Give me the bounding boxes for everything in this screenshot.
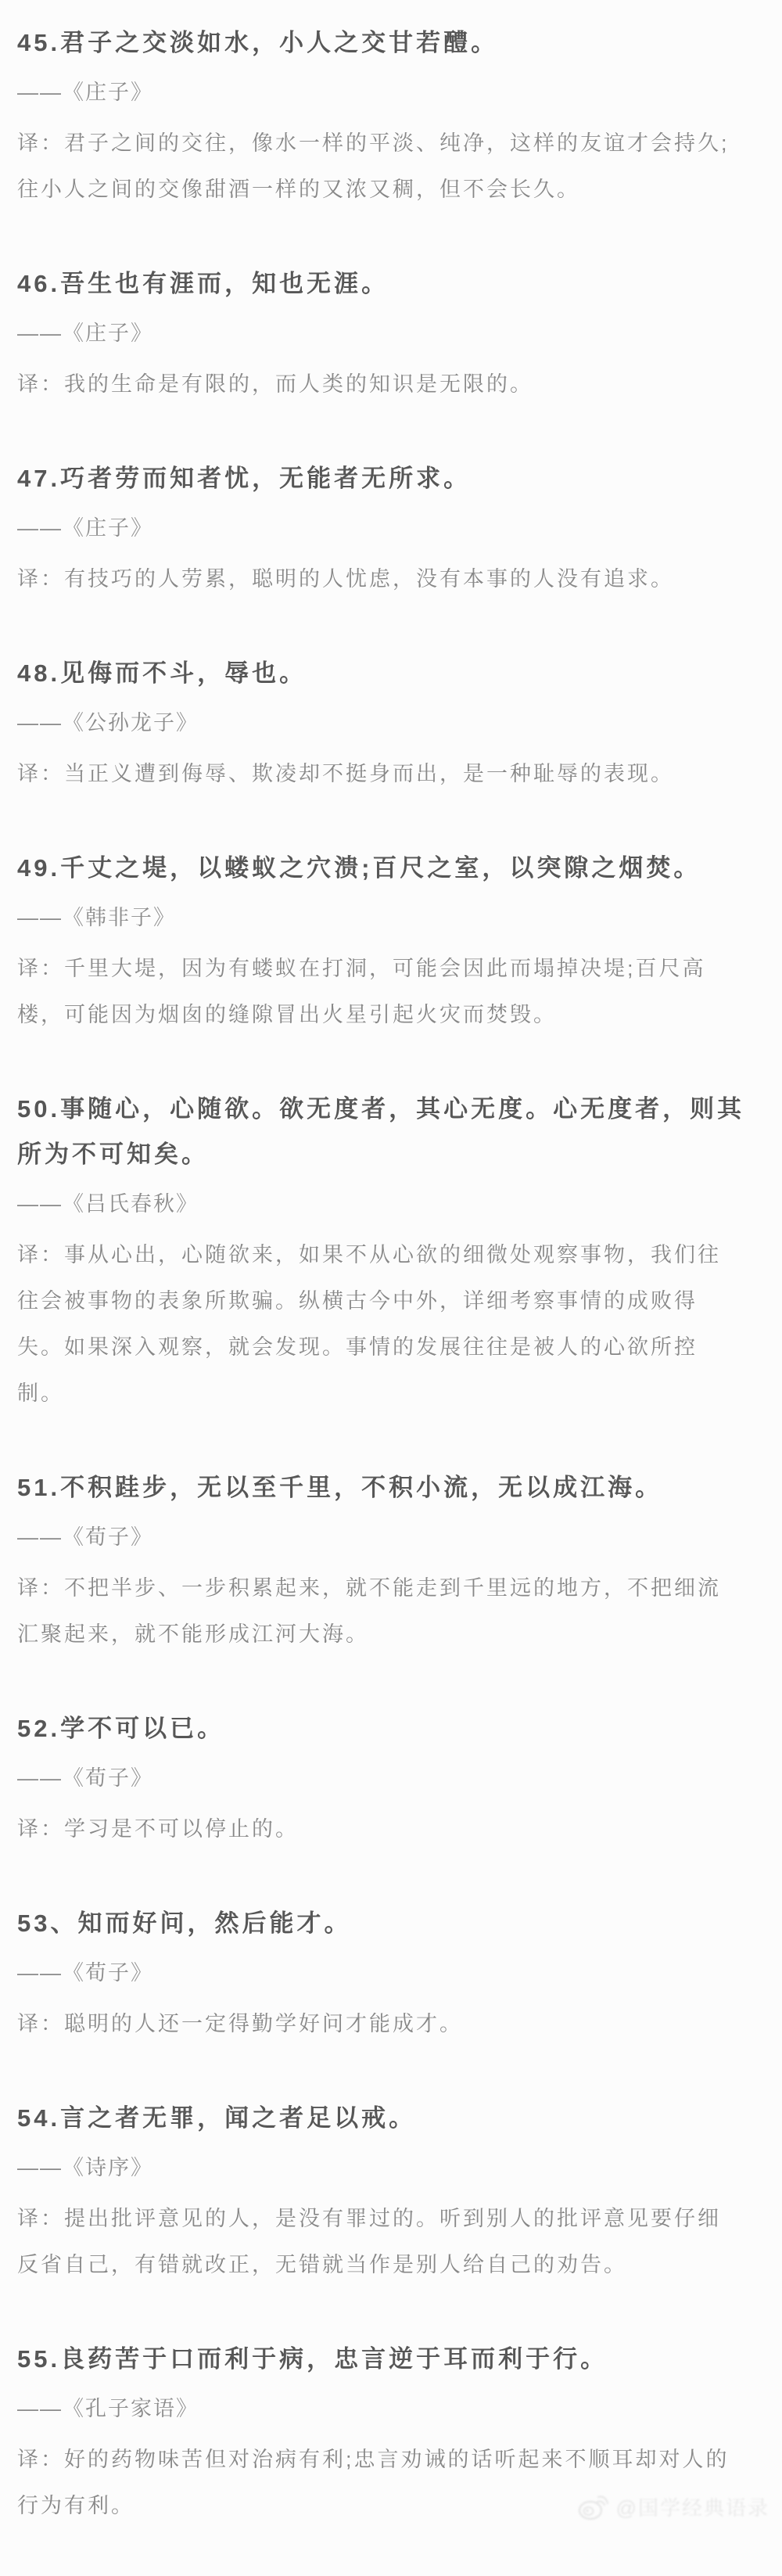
quote-translation: 译：我的生命是有限的，而人类的知识是无限的。 [17,361,755,408]
quote-title-line: 47.巧者劳而知者忧，无能者无所求。 [17,456,755,501]
quote-source: ——《荀子》 [17,1957,755,1989]
quote-title-line: 45.君子之交淡如水，小人之交甘若醴。 [17,20,755,66]
quote-translation-line: 失。如果深入观察，就会发现。事情的发展往往是被人的心欲所控 [17,1324,755,1371]
quote-source: ——《庄子》 [17,318,755,349]
quote-section: 46.吾生也有涯而，知也无涯。——《庄子》译：我的生命是有限的，而人类的知识是无… [17,261,755,408]
quote-translation-line: 译：君子之间的交往，像水一样的平淡、纯净，这样的友谊才会持久; [17,120,755,167]
quote-translation: 译：学习是不可以停止的。 [17,1806,755,1852]
quote-title-line: 52.学不可以已。 [17,1706,755,1751]
quote-title-line: 46.吾生也有涯而，知也无涯。 [17,261,755,307]
quote-source: ——《庄子》 [17,512,755,544]
watermark: @国学经典语录 [577,2492,769,2521]
quote-translation-line: 译：提出批评意见的人，是没有罪过的。听到别人的批评意见要仔细 [17,2196,755,2242]
quote-section: 51.不积跬步，无以至千里，不积小流，无以成江海。——《荀子》译：不把半步、一步… [17,1465,755,1658]
quote-translation: 译：当正义遭到侮辱、欺凌却不挺身而出，是一种耻辱的表现。 [17,751,755,797]
quote-translation-line: 反省自己，有错就改正，无错就当作是别人给自己的劝告。 [17,2242,755,2288]
quote-source: ——《庄子》 [17,77,755,108]
quote-title: 50.事随心，心随欲。欲无度者，其心无度。心无度者，则其所为不可知矣。 [17,1087,755,1177]
quote-translation-line: 译：聪明的人还一定得勤学好问才能成才。 [17,2001,755,2047]
quote-translation-line: 往会被事物的表象所欺骗。纵横古今中外，详细考察事情的成败得 [17,1278,755,1324]
quote-section: 45.君子之交淡如水，小人之交甘若醴。——《庄子》译：君子之间的交往，像水一样的… [17,20,755,213]
quote-title-line: 53、知而好问，然后能才。 [17,1901,755,1946]
quote-title: 51.不积跬步，无以至千里，不积小流，无以成江海。 [17,1465,755,1511]
quote-translation: 译：事从心出，心随欲来，如果不从心欲的细微处观察事物，我们往往会被事物的表象所欺… [17,1232,755,1417]
quote-translation-line: 译：有技巧的人劳累，聪明的人忧虑，没有本事的人没有追求。 [17,556,755,602]
quote-section: 49.千丈之堤，以蝼蚁之穴溃;百尺之室，以突隙之烟焚。——《韩非子》译：千里大堤… [17,846,755,1038]
quote-title-line: 55.良药苦于口而利于病，忠言逆于耳而利于行。 [17,2337,755,2382]
quote-source: ——《吕氏春秋》 [17,1188,755,1220]
quote-title: 49.千丈之堤，以蝼蚁之穴溃;百尺之室，以突隙之烟焚。 [17,846,755,891]
quote-section: 47.巧者劳而知者忧，无能者无所求。——《庄子》译：有技巧的人劳累，聪明的人忧虑… [17,456,755,602]
quote-translation: 译：千里大堤，因为有蝼蚁在打洞，可能会因此而塌掉决堤;百尺高楼，可能因为烟囱的缝… [17,946,755,1038]
quote-translation: 译：有技巧的人劳累，聪明的人忧虑，没有本事的人没有追求。 [17,556,755,602]
quote-title: 52.学不可以已。 [17,1706,755,1751]
quote-title-line: 50.事随心，心随欲。欲无度者，其心无度。心无度者，则其 [17,1087,755,1132]
quote-translation-line: 译：不把半步、一步积累起来，就不能走到千里远的地方，不把细流 [17,1565,755,1611]
quote-source: ——《荀子》 [17,1522,755,1553]
quotes-page: 45.君子之交淡如水，小人之交甘若醴。——《庄子》译：君子之间的交往，像水一样的… [0,0,782,2529]
quote-section: 48.见侮而不斗，辱也。——《公孙龙子》译：当正义遭到侮辱、欺凌却不挺身而出，是… [17,651,755,797]
quote-title: 47.巧者劳而知者忧，无能者无所求。 [17,456,755,501]
weibo-logo-icon [577,2494,608,2520]
quote-translation-line: 译：我的生命是有限的，而人类的知识是无限的。 [17,361,755,408]
quote-translation: 译：君子之间的交往，像水一样的平淡、纯净，这样的友谊才会持久;往小人之间的交像甜… [17,120,755,213]
quote-source: ——《荀子》 [17,1762,755,1794]
quotes-list: 45.君子之交淡如水，小人之交甘若醴。——《庄子》译：君子之间的交往，像水一样的… [17,20,755,2529]
quote-translation: 译：聪明的人还一定得勤学好问才能成才。 [17,2001,755,2047]
quote-translation-line: 楼，可能因为烟囱的缝隙冒出火星引起火灾而焚毁。 [17,992,755,1038]
quote-title: 54.言之者无罪，闻之者足以戒。 [17,2096,755,2141]
quote-translation: 译：不把半步、一步积累起来，就不能走到千里远的地方，不把细流汇聚起来，就不能形成… [17,1565,755,1658]
quote-translation-line: 译：好的药物味苦但对治病有利;忠言劝诫的话听起来不顺耳却对人的 [17,2437,755,2483]
quote-title: 46.吾生也有涯而，知也无涯。 [17,261,755,307]
quote-section: 52.学不可以已。——《荀子》译：学习是不可以停止的。 [17,1706,755,1852]
quote-section: 53、知而好问，然后能才。——《荀子》译：聪明的人还一定得勤学好问才能成才。 [17,1901,755,2047]
quote-translation-line: 译：当正义遭到侮辱、欺凌却不挺身而出，是一种耻辱的表现。 [17,751,755,797]
quote-title-line: 48.见侮而不斗，辱也。 [17,651,755,696]
quote-title-line: 49.千丈之堤，以蝼蚁之穴溃;百尺之室，以突隙之烟焚。 [17,846,755,891]
quote-translation-line: 译：千里大堤，因为有蝼蚁在打洞，可能会因此而塌掉决堤;百尺高 [17,946,755,992]
quote-source: ——《孔子家语》 [17,2393,755,2424]
quote-source: ——《韩非子》 [17,902,755,933]
quote-title: 48.见侮而不斗，辱也。 [17,651,755,696]
quote-translation: 译：提出批评意见的人，是没有罪过的。听到别人的批评意见要仔细反省自己，有错就改正… [17,2196,755,2288]
quote-title-line: 51.不积跬步，无以至千里，不积小流，无以成江海。 [17,1465,755,1511]
quote-title: 53、知而好问，然后能才。 [17,1901,755,1946]
quote-section: 54.言之者无罪，闻之者足以戒。——《诗序》译：提出批评意见的人，是没有罪过的。… [17,2096,755,2288]
quote-title: 55.良药苦于口而利于病，忠言逆于耳而利于行。 [17,2337,755,2382]
quote-translation-line: 译：学习是不可以停止的。 [17,1806,755,1852]
quote-title: 45.君子之交淡如水，小人之交甘若醴。 [17,20,755,66]
quote-title-line: 所为不可知矣。 [17,1132,755,1177]
quote-title-line: 54.言之者无罪，闻之者足以戒。 [17,2096,755,2141]
quote-translation-line: 往小人之间的交像甜酒一样的又浓又稠，但不会长久。 [17,167,755,213]
quote-translation-line: 译：事从心出，心随欲来，如果不从心欲的细微处观察事物，我们往 [17,1232,755,1278]
quote-section: 50.事随心，心随欲。欲无度者，其心无度。心无度者，则其所为不可知矣。——《吕氏… [17,1087,755,1417]
quote-translation-line: 汇聚起来，就不能形成江河大海。 [17,1611,755,1658]
quote-source: ——《诗序》 [17,2152,755,2183]
quote-translation-line: 制。 [17,1371,755,1417]
quote-source: ——《公孙龙子》 [17,707,755,738]
watermark-text: @国学经典语录 [616,2492,769,2521]
